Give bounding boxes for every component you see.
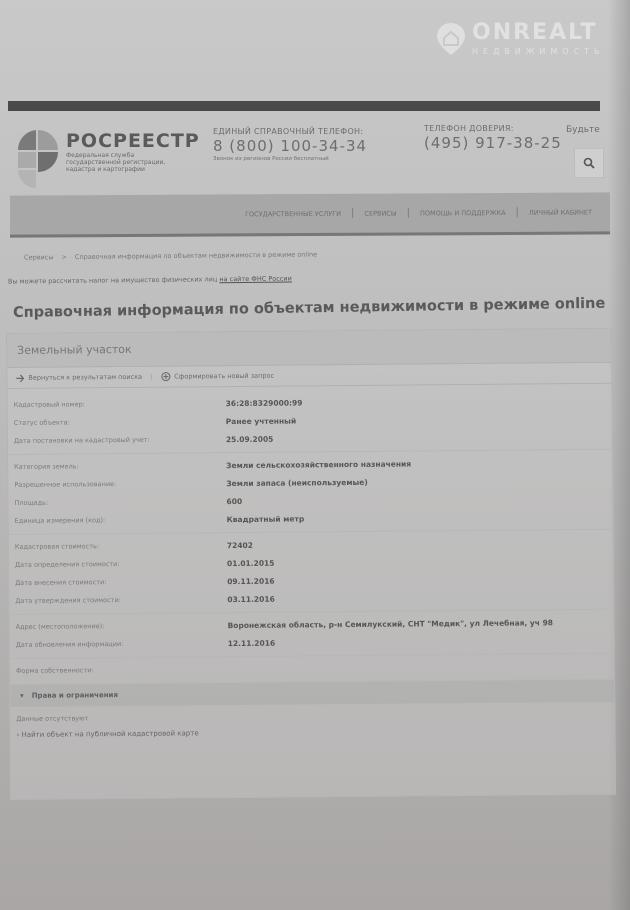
detail-value: 01.01.2015	[227, 558, 275, 567]
nav-separator: |	[351, 208, 354, 219]
nav-separator: |	[407, 207, 410, 218]
back-arrow-icon	[15, 373, 25, 382]
nav-services[interactable]: СЕРВИСЫ	[364, 209, 396, 217]
toolbar-divider: |	[150, 373, 152, 381]
watermark: ONREALT НЕДВИЖИМОСТЬ	[436, 22, 605, 56]
fns-link[interactable]: на сайте ФНС России	[219, 275, 292, 284]
nav-separator: |	[516, 207, 519, 218]
logo-mark-icon	[14, 128, 60, 194]
detail-value: 36:28:8329000:99	[226, 398, 303, 408]
detail-value: 25.09.2005	[226, 434, 274, 443]
detail-label: Статус объекта:	[8, 417, 226, 427]
detail-row: Дата утверждения стоимости:03.11.2016	[9, 587, 613, 610]
rights-section-label: Права и ограничения	[32, 691, 118, 700]
nav-gov-services[interactable]: ГОСУДАРСТВЕННЫЕ УСЛУГИ	[245, 209, 341, 218]
detail-group: Адрес (местоположение):Воронежская облас…	[9, 610, 613, 659]
detail-group: Кадастровый номер:36:28:8329000:99Статус…	[8, 388, 613, 455]
rosreestr-logo[interactable]: РОСРЕЕСТР Федеральная служба государстве…	[14, 128, 200, 194]
hotline-note: Звонок из регионов России бесплатный	[213, 156, 367, 162]
watermark-subtitle: НЕДВИЖИМОСТЬ	[472, 47, 605, 56]
hotline-label: ЕДИНЫЙ СПРАВОЧНЫЙ ТЕЛЕФОН:	[213, 127, 367, 136]
back-to-results-label: Вернуться к результатам поиска	[28, 373, 142, 382]
hotline-block: ЕДИНЫЙ СПРАВОЧНЫЙ ТЕЛЕФОН: 8 (800) 100-3…	[213, 127, 367, 162]
new-request-label: Сформировать новый запрос	[174, 372, 274, 381]
breadcrumb-current: Справочная информация по объектам недвиж…	[75, 250, 317, 261]
detail-label: Категория земель:	[8, 461, 226, 471]
nav-help[interactable]: ПОМОЩЬ И ПОДДЕРЖКА	[420, 208, 506, 216]
back-to-results-button[interactable]: Вернуться к результатам поиска	[15, 372, 142, 382]
detail-label: Единица измерения (код):	[9, 515, 227, 525]
house-pin-icon	[436, 22, 466, 56]
detail-label: Кадастровый номер:	[8, 399, 226, 409]
detail-label: Адрес (местоположение):	[10, 621, 228, 631]
detail-group: Категория земель:Земли сельскохозяйствен…	[8, 450, 613, 535]
detail-row: Дата постановки на кадастровый учет:25.0…	[8, 427, 612, 450]
detail-value: 600	[226, 496, 242, 505]
detail-label: Дата внесения стоимости:	[9, 577, 227, 587]
main-nav: ГОСУДАРСТВЕННЫЕ УСЛУГИ | СЕРВИСЫ | ПОМОЩ…	[10, 192, 610, 237]
detail-group: Кадастровая стоимость:72402Дата определе…	[9, 530, 614, 615]
breadcrumb-services[interactable]: Сервисы	[24, 253, 54, 261]
search-icon	[583, 157, 595, 169]
trust-phone-block: ТЕЛЕФОН ДОВЕРИЯ: (495) 917-38-25	[424, 124, 562, 152]
detail-value: Воронежская область, р-н Семилукский, СН…	[228, 618, 554, 630]
brand-subtitle: Федеральная служба государственной регис…	[66, 152, 186, 173]
budte-link[interactable]: Будьте	[566, 125, 600, 135]
detail-value: 72402	[227, 540, 253, 549]
detail-value: 12.11.2016	[228, 638, 276, 647]
detail-label: Дата утверждения стоимости:	[9, 595, 227, 605]
trust-phone-number[interactable]: (495) 917-38-25	[424, 134, 562, 152]
brand-name: РОСРЕЕСТР	[66, 130, 200, 152]
detail-value: Земли запаса (неиспользуемые)	[226, 477, 367, 487]
watermark-title: ONREALT	[472, 22, 605, 44]
nav-account[interactable]: ЛИЧНЫЙ КАБИНЕТ	[529, 208, 592, 216]
trust-phone-label: ТЕЛЕФОН ДОВЕРИЯ:	[424, 124, 562, 133]
detail-value: Ранее учтенный	[226, 416, 296, 426]
tax-note: Вы можете рассчитать налог на имущество …	[8, 275, 292, 286]
detail-row: Дата обновления информации:12.11.2016	[10, 631, 614, 654]
detail-label: Дата постановки на кадастровый учет:	[8, 435, 226, 445]
detail-label: Кадастровая стоимость:	[9, 541, 227, 551]
page-title: Справочная информация по объектам недвиж…	[13, 296, 605, 321]
breadcrumb-separator: >	[61, 253, 67, 261]
detail-value: 03.11.2016	[227, 594, 275, 603]
detail-label: Разрешенное использование:	[8, 479, 226, 489]
new-request-button[interactable]: Сформировать новый запрос	[160, 371, 274, 382]
detail-row: Форма собственности:	[10, 657, 614, 680]
hotline-number[interactable]: 8 (800) 100-34-34	[213, 137, 367, 155]
detail-label: Дата определения стоимости:	[9, 559, 227, 569]
detail-value: 09.11.2016	[227, 576, 275, 585]
object-type-title: Земельный участок	[7, 329, 611, 368]
detail-label: Площадь:	[8, 497, 226, 507]
public-map-link-label: Найти объект на публичной кадастровой ка…	[22, 729, 199, 739]
tax-note-text: Вы можете рассчитать налог на имущество …	[8, 275, 219, 285]
detail-label: Форма собственности:	[10, 665, 228, 675]
new-request-icon	[160, 372, 171, 382]
search-button[interactable]	[574, 148, 604, 178]
chevron-down-icon: ▾	[20, 692, 24, 700]
detail-row: Единица измерения (код):Квадратный метр	[9, 507, 613, 530]
property-details: Кадастровый номер:36:28:8329000:99Статус…	[7, 384, 614, 685]
detail-value: Квадратный метр	[227, 514, 305, 524]
object-panel: Земельный участок Вернуться к результата…	[6, 328, 616, 800]
breadcrumb: Сервисы > Справочная информация по объек…	[24, 250, 317, 261]
top-bar	[8, 101, 600, 111]
detail-value: Земли сельскохозяйственного назначения	[226, 459, 411, 470]
detail-label: Дата обновления информации:	[10, 639, 228, 649]
